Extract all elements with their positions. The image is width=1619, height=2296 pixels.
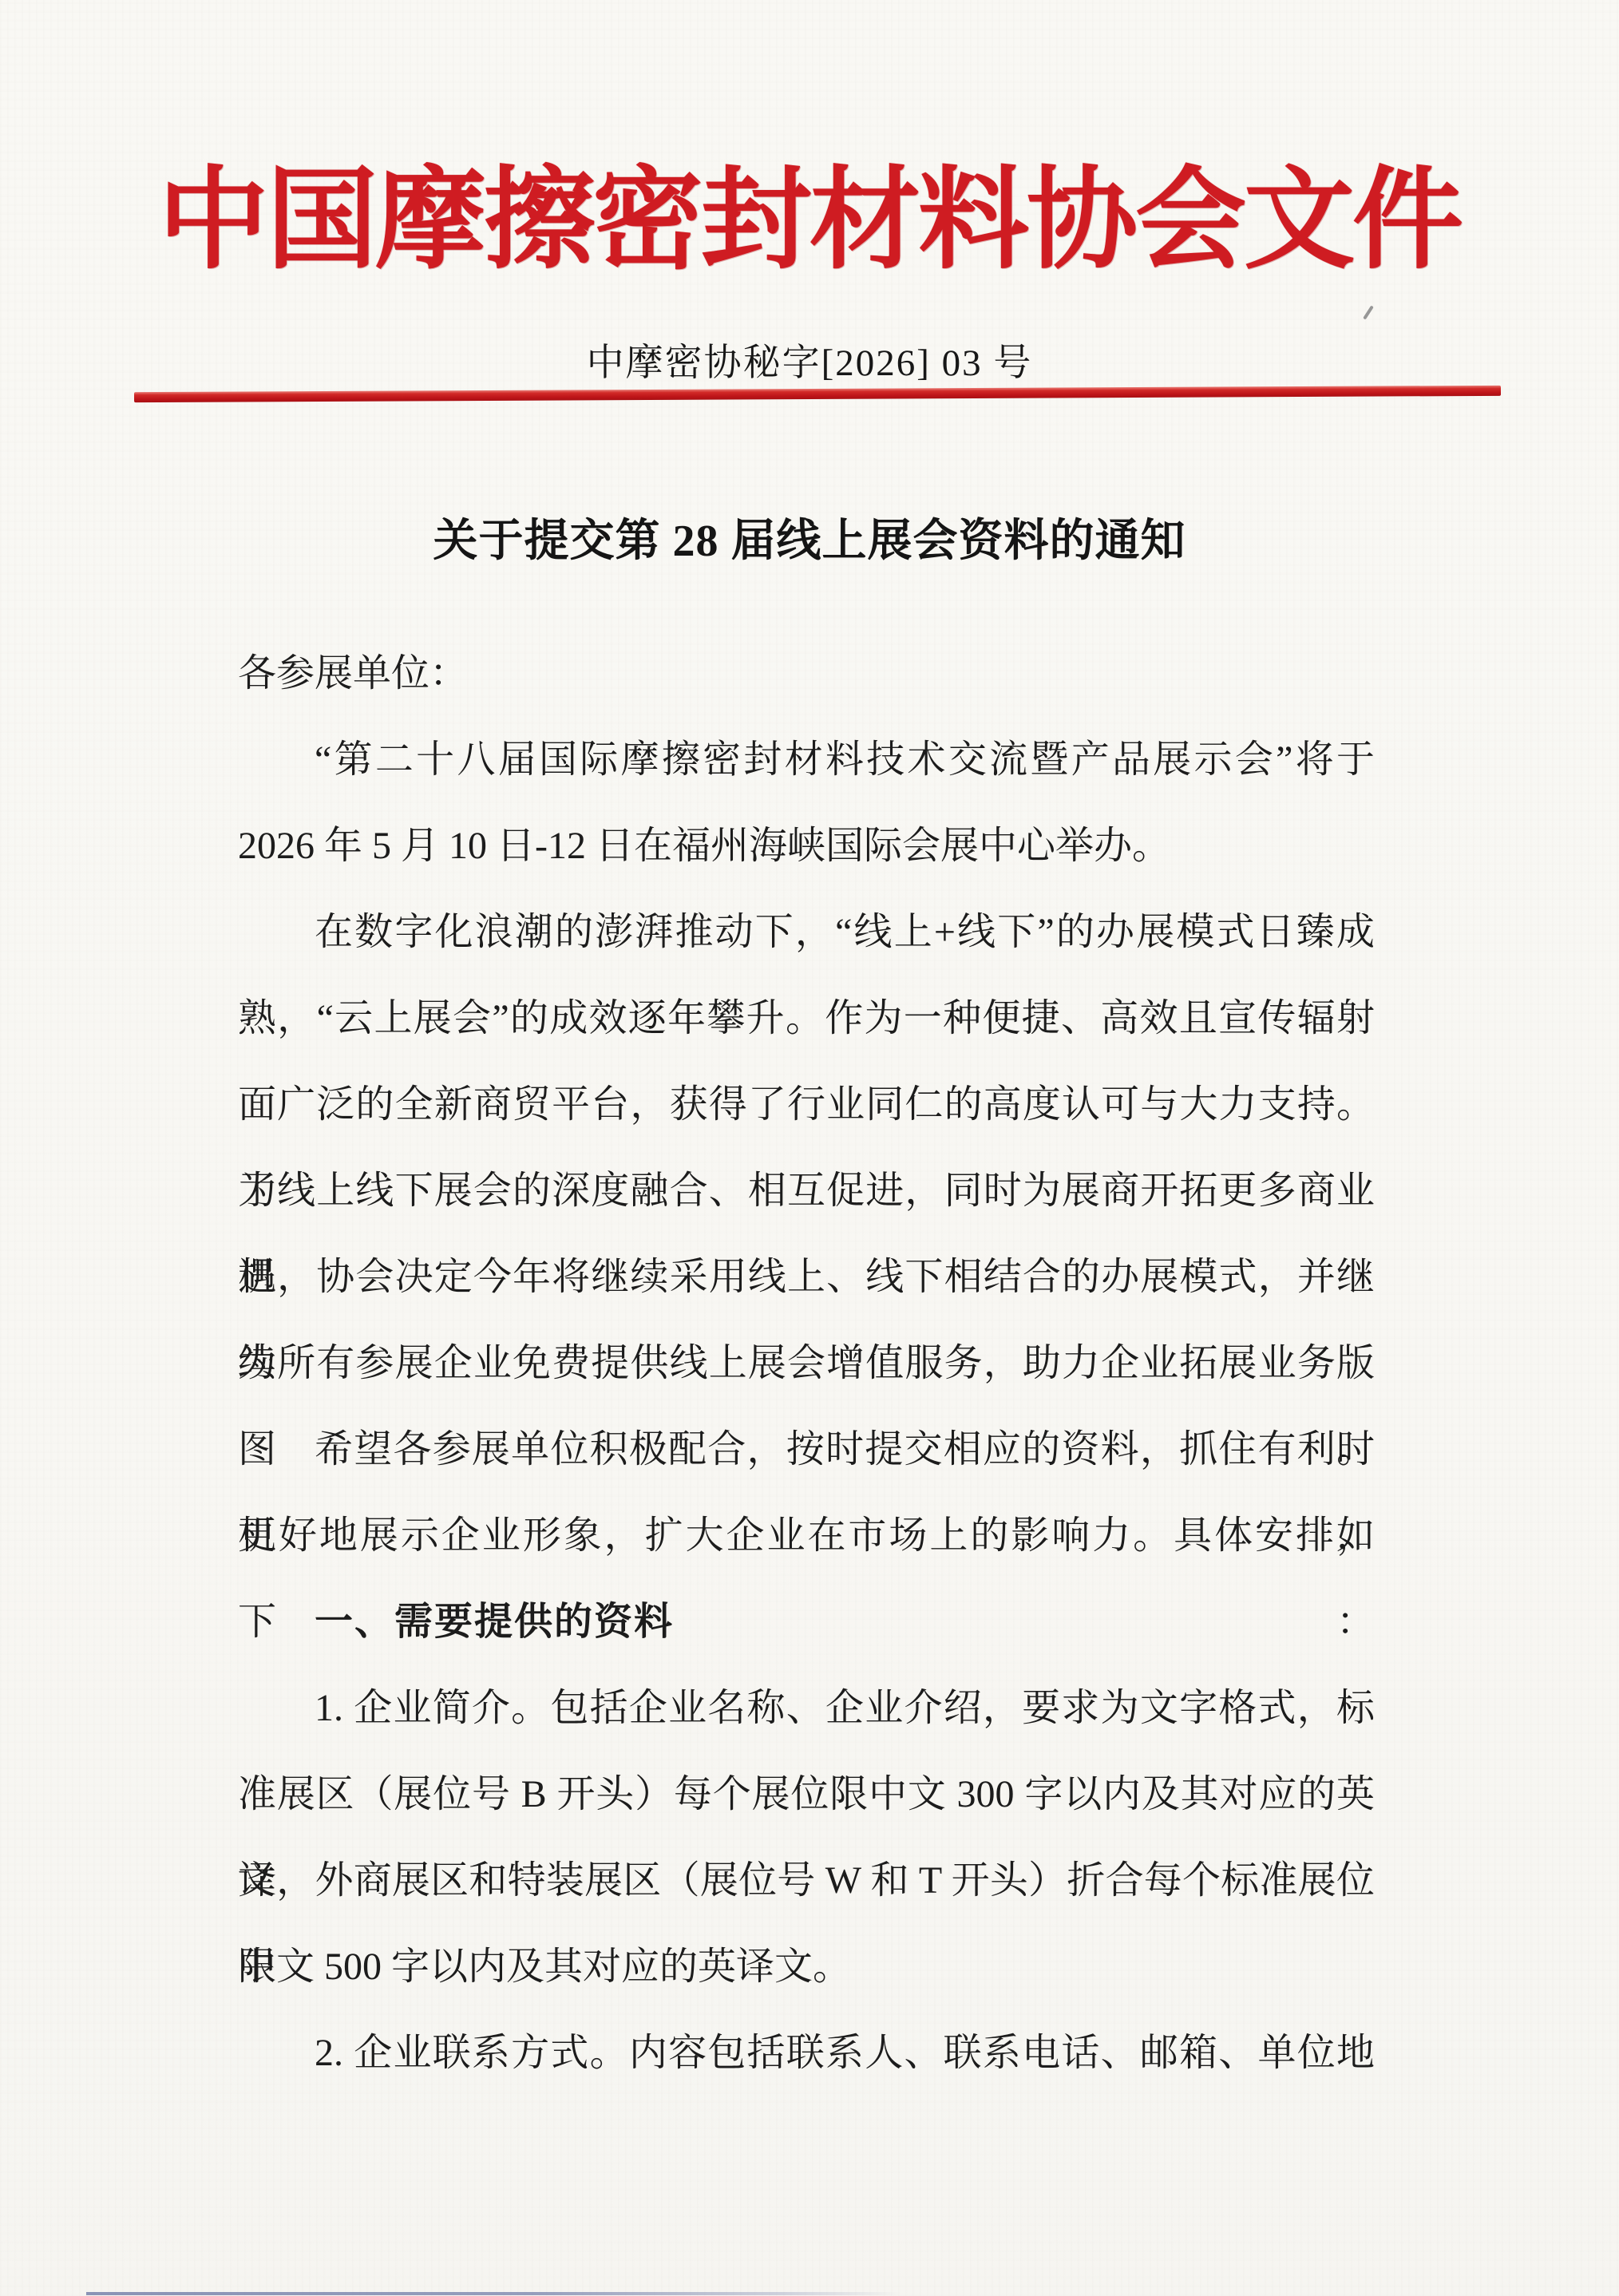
body-line: 为所有参展企业免费提供线上展会增值服务，助力企业拓展业务版图。	[238, 1320, 1375, 1407]
document-page: 中国摩擦密封材料协会文件 中摩密协秘字[2026] 03 号 关于提交第 28 …	[0, 0, 1619, 2296]
body-line: 在数字化浪潮的澎湃推动下，“线上+线下”的办展模式日臻成	[238, 889, 1375, 976]
body-line: “第二十八届国际摩擦密封材料技术交流暨产品展示会”将于	[238, 717, 1375, 803]
body-line: 各参展单位：	[238, 631, 1375, 717]
body-line: 面广泛的全新商贸平台，获得了行业同仁的高度认可与大力支持。为	[238, 1062, 1375, 1148]
doc-number: 中摩密协秘字[2026] 03 号	[0, 338, 1619, 388]
body-line: 中文 500 字以内及其对应的英译文。	[238, 1924, 1375, 2010]
document-body: 各参展单位：“第二十八届国际摩擦密封材料技术交流暨产品展示会”将于2026 年 …	[238, 631, 1375, 2096]
red-separator-line	[134, 386, 1501, 402]
body-line: 遇，协会决定今年将继续采用线上、线下相结合的办展模式，并继续	[238, 1234, 1375, 1320]
body-line: 准展区（展位号 B 开头）每个展位限中文 300 字以内及其对应的英译	[238, 1752, 1375, 1838]
association-header: 中国摩擦密封材料协会文件	[0, 153, 1619, 289]
body-line: 更好地展示企业形象，扩大企业在市场上的影响力。具体安排如下：	[238, 1493, 1375, 1579]
scan-artifact-mark	[1363, 305, 1374, 319]
body-line: 文，外商展区和特装展区（展位号 W 和 T 开头）折合每个标准展位限	[238, 1838, 1375, 1924]
body-line: 2. 企业联系方式。内容包括联系人、联系电话、邮箱、单位地	[238, 2010, 1375, 2096]
body-line: 熟，“云上展会”的成效逐年攀升。作为一种便捷、高效且宣传辐射	[238, 976, 1375, 1062]
scan-edge-line	[86, 2292, 901, 2295]
body-line: 2026 年 5 月 10 日-12 日在福州海峡国际会展中心举办。	[238, 803, 1375, 889]
body-line: 1. 企业简介。包括企业名称、企业介绍，要求为文字格式，标	[238, 1665, 1375, 1752]
body-line: 了线上线下展会的深度融合、相互促进，同时为展商开拓更多商业机	[238, 1148, 1375, 1234]
document-title: 关于提交第 28 届线上展会资料的通知	[0, 511, 1619, 572]
body-line: 希望各参展单位积极配合，按时提交相应的资料，抓住有利时机，	[238, 1407, 1375, 1493]
